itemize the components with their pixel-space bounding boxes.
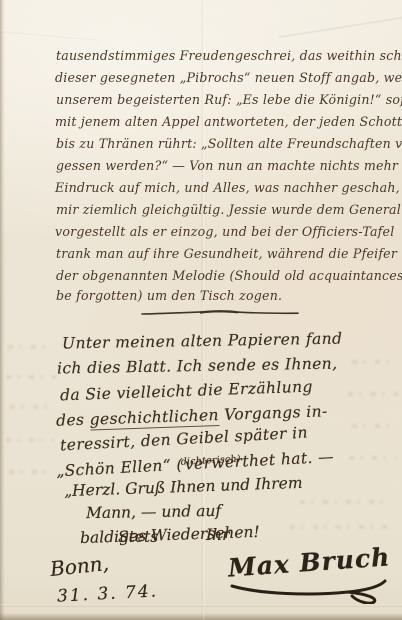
signature-flourish (230, 578, 390, 608)
ink-bleedthrough (6, 438, 54, 442)
handwritten-line: Unter meinen alten Papieren fand (62, 330, 343, 353)
dateline-date: 31. 3. 74. (57, 581, 159, 606)
dateline-place: Bonn, (49, 551, 110, 581)
ink-bleedthrough (348, 392, 398, 396)
line-fragment: des (56, 411, 90, 430)
line-fragment: „Schön Ellen“ ( (56, 456, 184, 481)
handwritten-line: unserem begeisterten Ruf: „Es lebe die K… (56, 92, 402, 107)
handwritten-line: mir ziemlich gleichgültig. Jessie wurde … (56, 202, 401, 217)
ink-bleedthrough (300, 500, 390, 504)
underlined-word: geschichtlichen (89, 406, 219, 431)
handwritten-line: dieser gesegneten „Pibrochs“ neuen Stoff… (55, 70, 402, 85)
section-divider-rule (140, 310, 300, 314)
handwritten-line: der obgenannten Melodie (Should old acqu… (56, 268, 402, 283)
handwritten-line: Mann, — und auf (86, 502, 221, 522)
ink-bleedthrough (8, 345, 54, 349)
handwritten-line: bis zu Thränen rührt: „Sollten alte Freu… (56, 136, 402, 151)
handwritten-line: mit jenem alten Appel antworteten, der j… (55, 114, 402, 129)
top-left-fold-crease (0, 29, 100, 41)
valediction-word: Ihr (206, 526, 230, 544)
ink-bleedthrough (352, 424, 398, 428)
ink-bleedthrough (349, 456, 397, 460)
handwritten-line: vorgestellt als er einzog, und bei der O… (55, 224, 394, 239)
handwritten-line: tausendstimmiges Freudengeschrei, das we… (56, 48, 402, 63)
handwritten-line: da Sie vielleicht die Erzählung (60, 378, 313, 405)
valediction-word: Stets (118, 528, 158, 546)
ink-bleedthrough (352, 360, 396, 364)
handwritten-line: be forgotten) um den Tisch zogen. (56, 288, 282, 303)
paper-left-edge-shadow (0, 0, 5, 620)
handwritten-line: ich dies Blatt. Ich sende es Ihnen, (57, 355, 338, 378)
handwritten-line: Eindruck auf mich, und Alles, was nachhe… (55, 180, 402, 195)
ink-bleedthrough (290, 525, 390, 529)
handwritten-line: gessen werden?“ — Von nun an machte nich… (56, 158, 398, 173)
ink-bleedthrough (10, 405, 52, 409)
letter-page: tausendstimmiges Freudengeschrei, das we… (0, 0, 402, 620)
ink-bleedthrough (9, 470, 53, 474)
handwritten-line: baldiges Wiedersehen! (80, 523, 260, 547)
handwritten-line: trank man auf ihre Gesundheit, während d… (56, 246, 402, 261)
line-fragment: Vorgangs in- (219, 402, 328, 424)
signature: Max Bruch (227, 542, 391, 582)
ink-bleedthrough (6, 375, 56, 379)
top-right-fold-crease (279, 13, 402, 38)
